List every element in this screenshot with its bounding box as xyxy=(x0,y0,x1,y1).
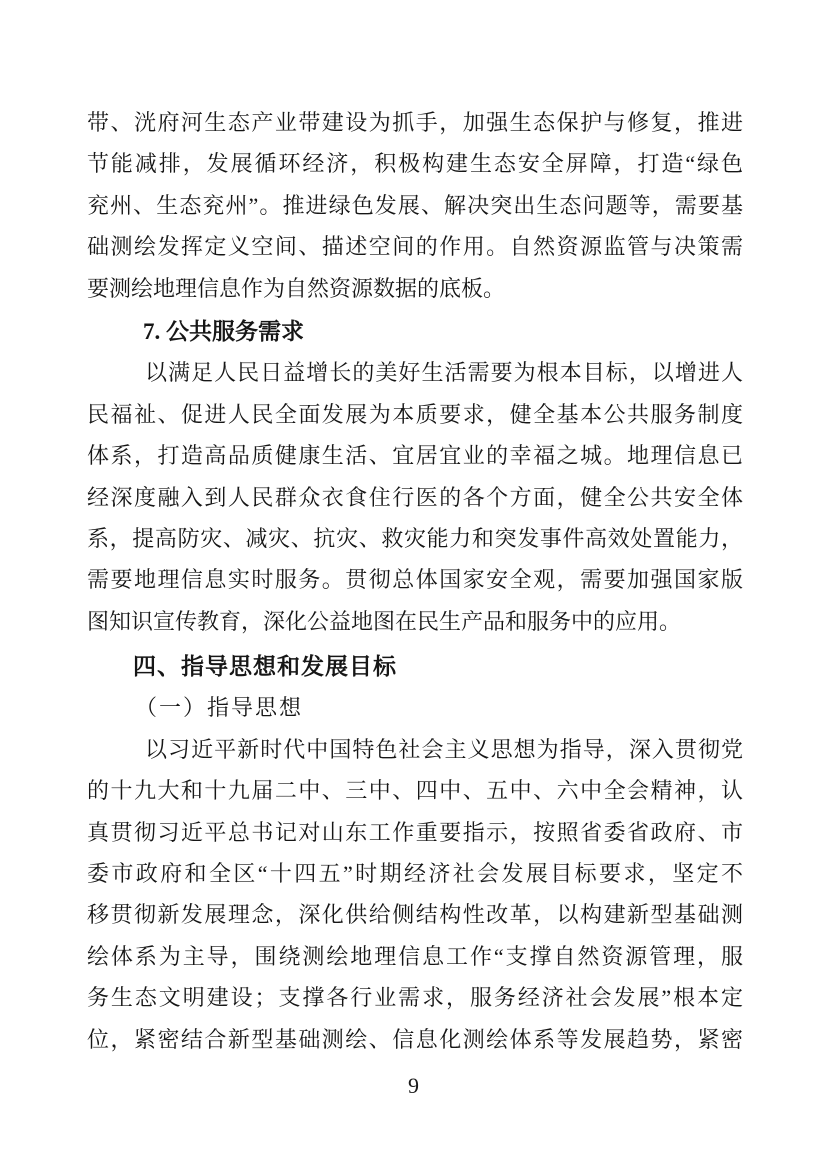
numbered-heading-public-service-demand: 7. 公共服务需求 xyxy=(87,311,743,352)
body-text-line: 务生态文明建设；支撑各行业需求，服务经济社会发展”根本定 xyxy=(87,977,743,1018)
body-text-line: 以满足人民日益增长的美好生活需要为根本目标，以增进人 xyxy=(87,352,743,393)
body-text-line: 的十九大和十九届二中、三中、四中、五中、六中全会精神，认 xyxy=(87,770,743,811)
document-text-block: 带、洸府河生态产业带建设为抓手，加强生态保护与修复，推进 节能减排，发展循环经济… xyxy=(87,102,743,1060)
body-text-line: 以习近平新时代中国特色社会主义思想为指导，深入贯彻党 xyxy=(87,729,743,770)
body-text-line: 系，提高防灾、减灾、抗灾、救灾能力和突发事件高效处置能力， xyxy=(87,518,743,559)
body-text-line: 真贯彻习近平总书记对山东工作重要指示，按照省委省政府、市 xyxy=(87,812,743,853)
body-text-line: 绘体系为主导，围绕测绘地理信息工作“支撑自然资源管理，服 xyxy=(87,936,743,977)
body-text-line: 础测绘发挥定义空间、描述空间的作用。自然资源监管与决策需 xyxy=(87,226,743,267)
body-text-line: 体系，打造高品质健康生活、宜居宜业的幸福之城。地理信息已 xyxy=(87,435,743,476)
body-text-line: 位，紧密结合新型基础测绘、信息化测绘体系等发展趋势，紧密 xyxy=(87,1019,743,1060)
page-number: 9 xyxy=(0,1066,827,1106)
chapter-heading-guiding-ideology-and-goals: 四、指导思想和发展目标 xyxy=(87,646,743,687)
body-text-line: 委市政府和全区“十四五”时期经济社会发展目标要求，坚定不 xyxy=(87,853,743,894)
body-text-line: 民福祉、促进人民全面发展为本质要求，健全基本公共服务制度 xyxy=(87,394,743,435)
body-text-line: 兖州、生态兖州”。推进绿色发展、解决突出生态问题等，需要基 xyxy=(87,185,743,226)
body-text-line: 图知识宣传教育，深化公益地图在民生产品和服务中的应用。 xyxy=(87,601,743,642)
body-text-line: 节能减排，发展循环经济，积极构建生态安全屏障，打造“绿色 xyxy=(87,143,743,184)
body-text-line: 经深度融入到人民群众衣食住行医的各个方面，健全公共安全体 xyxy=(87,477,743,518)
body-text-line: 移贯彻新发展理念，深化供给侧结构性改革，以构建新型基础测 xyxy=(87,894,743,935)
document-page: 带、洸府河生态产业带建设为抓手，加强生态保护与修复，推进 节能减排，发展循环经济… xyxy=(0,0,827,1169)
subsection-heading-guiding-ideology: （一）指导思想 xyxy=(87,687,743,728)
body-text-line: 要测绘地理信息作为自然资源数据的底板。 xyxy=(87,268,743,309)
body-text-line: 带、洸府河生态产业带建设为抓手，加强生态保护与修复，推进 xyxy=(87,102,743,143)
body-text-line: 需要地理信息实时服务。贯彻总体国家安全观，需要加强国家版 xyxy=(87,559,743,600)
